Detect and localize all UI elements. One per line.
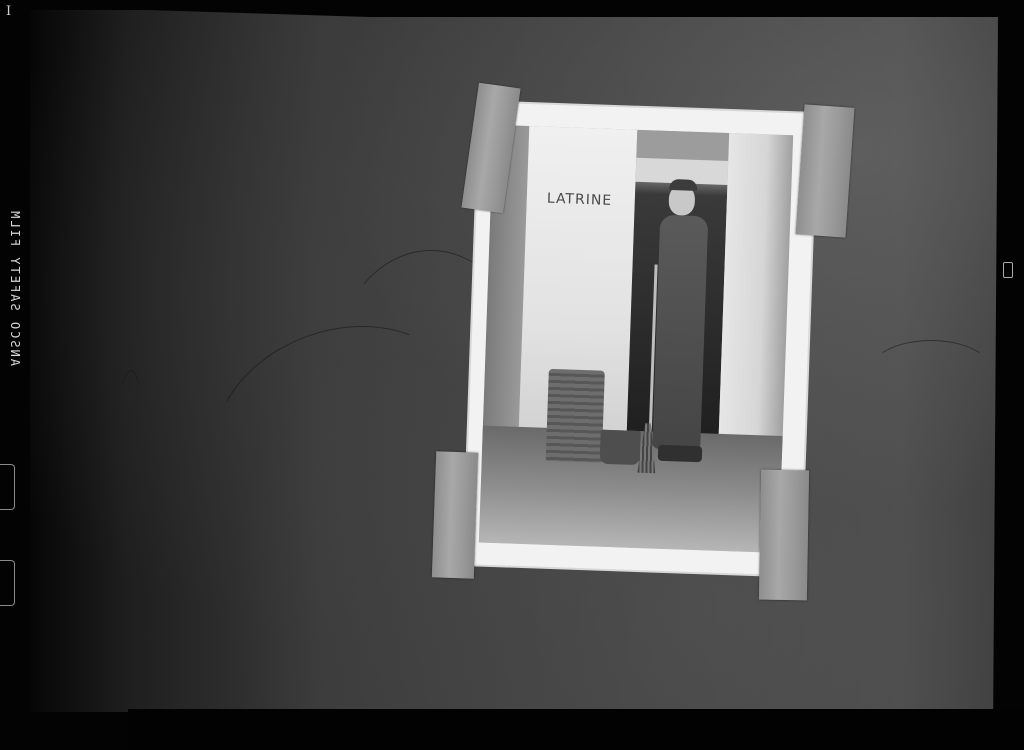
film-frame: I ANSCO SAFETY FILM LATRINE	[0, 0, 1024, 750]
tape-strip-bottom-right	[759, 470, 809, 601]
scratch-mark	[110, 370, 152, 692]
scratch-mark	[870, 340, 992, 402]
unexposed-border	[128, 709, 1024, 750]
sprocket-hole	[0, 464, 15, 510]
edge-notch	[1003, 262, 1013, 278]
soldier-cap	[669, 179, 697, 191]
door-frame-wall	[718, 133, 793, 461]
tape-strip-bottom-left	[432, 451, 478, 578]
bucket	[600, 430, 641, 465]
trash-can	[546, 369, 605, 463]
soldier-boots	[658, 444, 703, 462]
sprocket-hole	[0, 560, 15, 606]
tape-strip-top-right	[796, 104, 855, 237]
photo-scene: LATRINE	[479, 125, 793, 553]
frame-mark: I	[6, 4, 11, 19]
latrine-sign: LATRINE	[547, 191, 613, 209]
film-edge-print: ANSCO SAFETY FILM	[2, 136, 22, 366]
soldier-figure	[652, 214, 708, 450]
